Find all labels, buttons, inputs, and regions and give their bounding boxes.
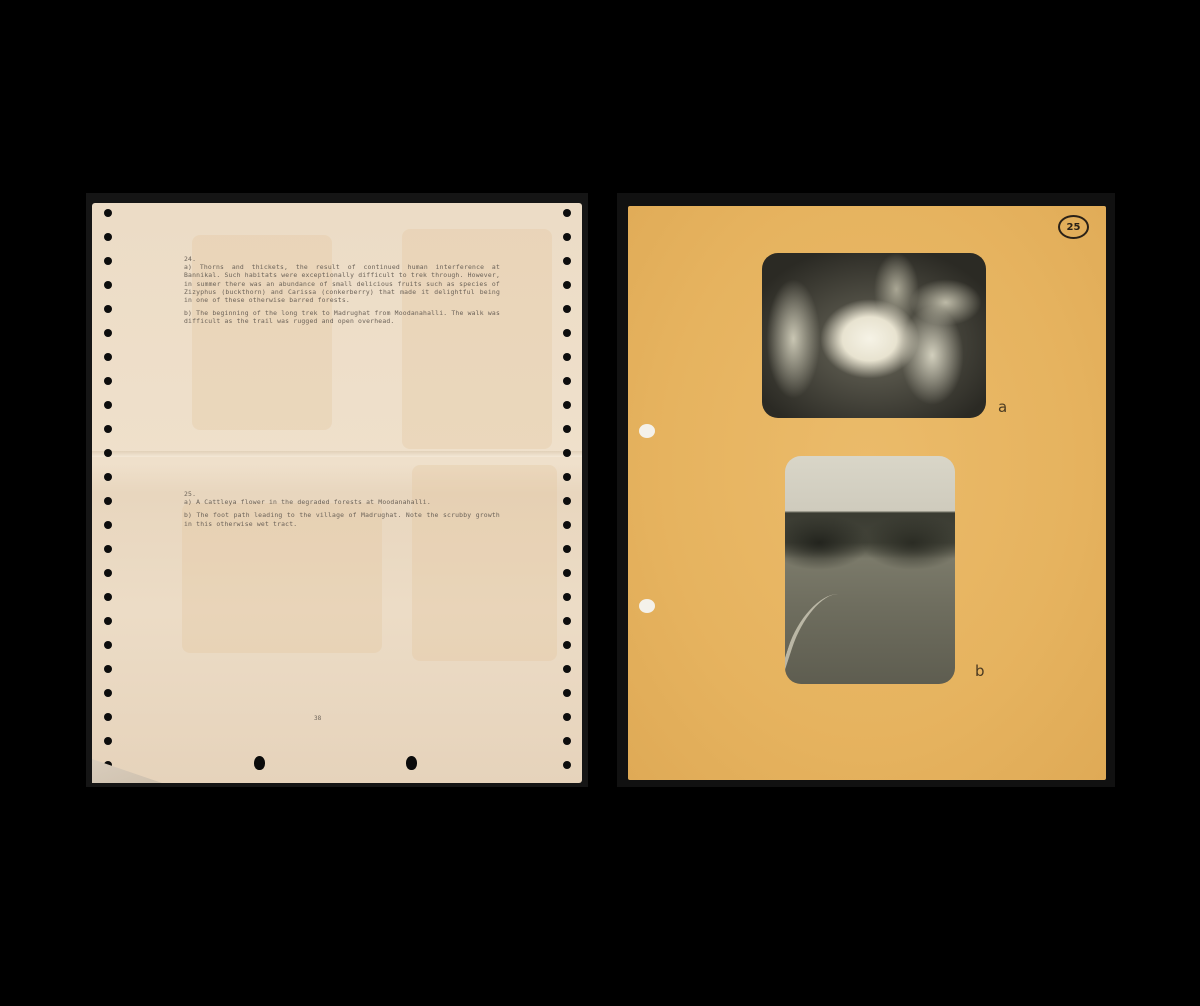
photo-foot-path	[785, 456, 955, 684]
perforation-hole	[563, 377, 571, 385]
perforation-hole	[104, 713, 112, 721]
perforation-hole	[104, 617, 112, 625]
perforation-column-right	[562, 209, 572, 775]
perforation-hole	[563, 545, 571, 553]
foot-path-trail	[785, 594, 860, 684]
perforation-hole	[563, 281, 571, 289]
perforation-hole	[104, 737, 112, 745]
perforation-hole	[563, 641, 571, 649]
punch-hole	[406, 756, 417, 770]
perforation-hole	[563, 401, 571, 409]
caption-24a: a) Thorns and thickets, the result of co…	[184, 263, 500, 304]
perforation-hole	[104, 497, 112, 505]
binder-hole	[639, 424, 655, 438]
photo-label-b: b	[975, 662, 985, 680]
right-page-photo-album: 25 a b	[628, 206, 1106, 780]
perforation-hole	[104, 209, 112, 217]
section-number: 24.	[184, 255, 500, 263]
perforation-hole	[563, 449, 571, 457]
perforation-hole	[104, 401, 112, 409]
perforation-hole	[563, 665, 571, 673]
binder-hole	[639, 599, 655, 613]
perforation-hole	[563, 737, 571, 745]
perforation-hole	[563, 617, 571, 625]
left-page-typed-captions: 24. a) Thorns and thickets, the result o…	[92, 203, 582, 783]
perforation-hole	[104, 257, 112, 265]
perforation-hole	[104, 689, 112, 697]
perforation-hole	[563, 593, 571, 601]
perforation-hole	[104, 521, 112, 529]
caption-25a: a) A Cattleya flower in the degraded for…	[184, 498, 500, 506]
perforation-hole	[104, 641, 112, 649]
page-fold	[92, 451, 582, 457]
perforation-hole	[104, 353, 112, 361]
punch-hole	[254, 756, 265, 770]
photo-flower	[762, 253, 986, 418]
perforation-hole	[104, 233, 112, 241]
perforation-hole	[104, 593, 112, 601]
perforation-hole	[563, 209, 571, 217]
perforation-hole	[563, 425, 571, 433]
perforation-hole	[563, 713, 571, 721]
perforation-hole	[104, 665, 112, 673]
caption-block-24: 24. a) Thorns and thickets, the result o…	[184, 255, 500, 331]
perforation-hole	[104, 545, 112, 553]
perforation-hole	[563, 521, 571, 529]
caption-block-25: 25. a) A Cattleya flower in the degraded…	[184, 490, 500, 533]
photo-label-a: a	[998, 398, 1007, 416]
page-number: 38	[314, 715, 321, 722]
caption-24b: b) The beginning of the long trek to Mad…	[184, 309, 500, 325]
perforation-hole	[563, 305, 571, 313]
perforation-hole	[563, 353, 571, 361]
perforation-hole	[563, 329, 571, 337]
perforation-hole	[563, 761, 571, 769]
caption-25b: b) The foot path leading to the village …	[184, 511, 500, 527]
perforation-hole	[563, 569, 571, 577]
perforation-hole	[563, 497, 571, 505]
perforation-hole	[104, 305, 112, 313]
perforation-hole	[104, 425, 112, 433]
perforation-column-left	[103, 209, 113, 775]
perforation-hole	[104, 377, 112, 385]
perforation-hole	[563, 473, 571, 481]
perforation-hole	[563, 257, 571, 265]
perforation-hole	[104, 281, 112, 289]
page-stamp: 25	[1058, 215, 1089, 239]
perforation-hole	[563, 233, 571, 241]
perforation-hole	[104, 449, 112, 457]
perforation-hole	[104, 473, 112, 481]
section-number: 25.	[184, 490, 500, 498]
perforation-hole	[104, 329, 112, 337]
perforation-hole	[104, 569, 112, 577]
perforation-hole	[563, 689, 571, 697]
